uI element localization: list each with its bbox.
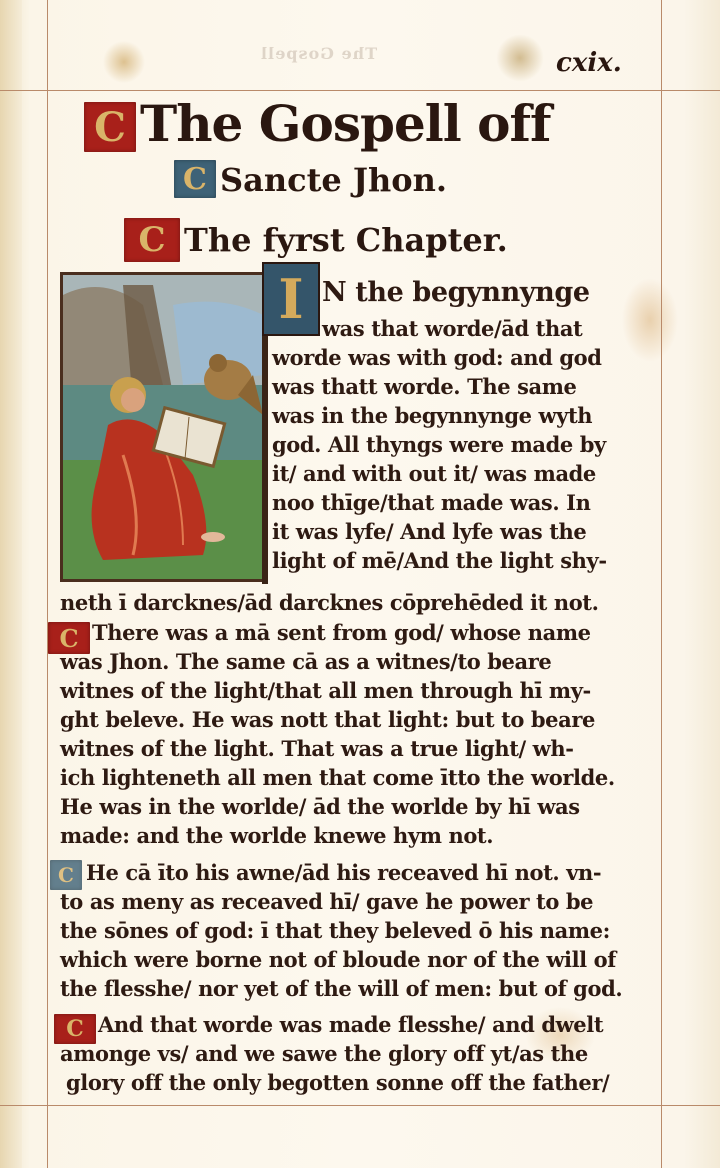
subtitle-initial: C <box>174 160 216 198</box>
gospel-subtitle: Sancte Jhon. <box>220 158 447 202</box>
text-line: was that worde/ād that <box>322 314 582 343</box>
saint-john-miniature <box>60 272 266 582</box>
text-line: glory off the only begotten sonne off th… <box>66 1068 609 1097</box>
text-line: witnes of the light. That was a true lig… <box>60 734 574 763</box>
show-through-header: The Gospell <box>260 44 377 63</box>
page-title: The Gospell off <box>140 94 551 154</box>
text-line: ich lighteneth all men that come ītto th… <box>60 763 615 792</box>
page-gutter <box>0 0 22 1168</box>
chapter-initial: C <box>124 218 180 262</box>
text-line: There was a mā sent from god/ whose name <box>92 618 591 647</box>
text-line: amonge vs/ and we sawe the glory off yt/… <box>60 1039 588 1068</box>
text-line: to as meny as receaved hī/ gave he power… <box>60 887 593 916</box>
text-line: the flesshe/ nor yet of the will of men:… <box>60 974 622 1003</box>
text-line: neth ī darcknes/ād darcknes cōprehēded i… <box>60 588 599 617</box>
text-line: light of mē/And the light shy- <box>272 546 607 575</box>
margin-rule-bottom <box>0 1105 720 1106</box>
title-initial: C <box>84 102 136 152</box>
manuscript-page: The Gospell cxix. C The Gospell off C Sa… <box>0 0 720 1168</box>
folio-number: cxix. <box>556 48 622 78</box>
text-line: He was in the worlde/ ād the worlde by h… <box>60 792 580 821</box>
text-line: the sōnes of god: ī that they beleved ō … <box>60 916 610 945</box>
text-line: ght beleve. He was nott that light: but … <box>60 705 595 734</box>
text-line: which were borne not of bloude nor of th… <box>60 945 616 974</box>
text-line: He cā īto his awne/ād his receaved hī no… <box>86 858 601 887</box>
text-line: made: and the worlde knewe hym not. <box>60 821 493 850</box>
initial-stem-ornament <box>262 336 268 584</box>
text-line: N the begynnynge <box>322 276 590 310</box>
margin-rule-left <box>47 0 48 1168</box>
evangelist-illustration <box>63 275 263 579</box>
text-line: witnes of the light/that all men through… <box>60 676 591 705</box>
text-line: worde was with god: and god <box>272 343 602 372</box>
text-line: was Jhon. The same cā as a witnes/to bea… <box>60 647 551 676</box>
text-line: it was lyfe/ And lyfe was the <box>272 517 586 546</box>
text-line: was in the begynnynge wyth <box>272 401 592 430</box>
chapter-heading: The fyrst Chapter. <box>184 218 508 262</box>
margin-rule-right <box>661 0 662 1168</box>
margin-rule-top <box>0 90 720 91</box>
text-line: it/ and with out it/ was made <box>272 459 596 488</box>
text-line: And that worde was made flesshe/ and dwe… <box>98 1010 603 1039</box>
paragraph-initial: C <box>50 860 82 890</box>
opening-initial: I <box>262 262 320 336</box>
text-line: god. All thyngs were made by <box>272 430 606 459</box>
text-line: noo thīge/that made was. In <box>272 488 590 517</box>
text-line: was thatt worde. The same <box>272 372 577 401</box>
